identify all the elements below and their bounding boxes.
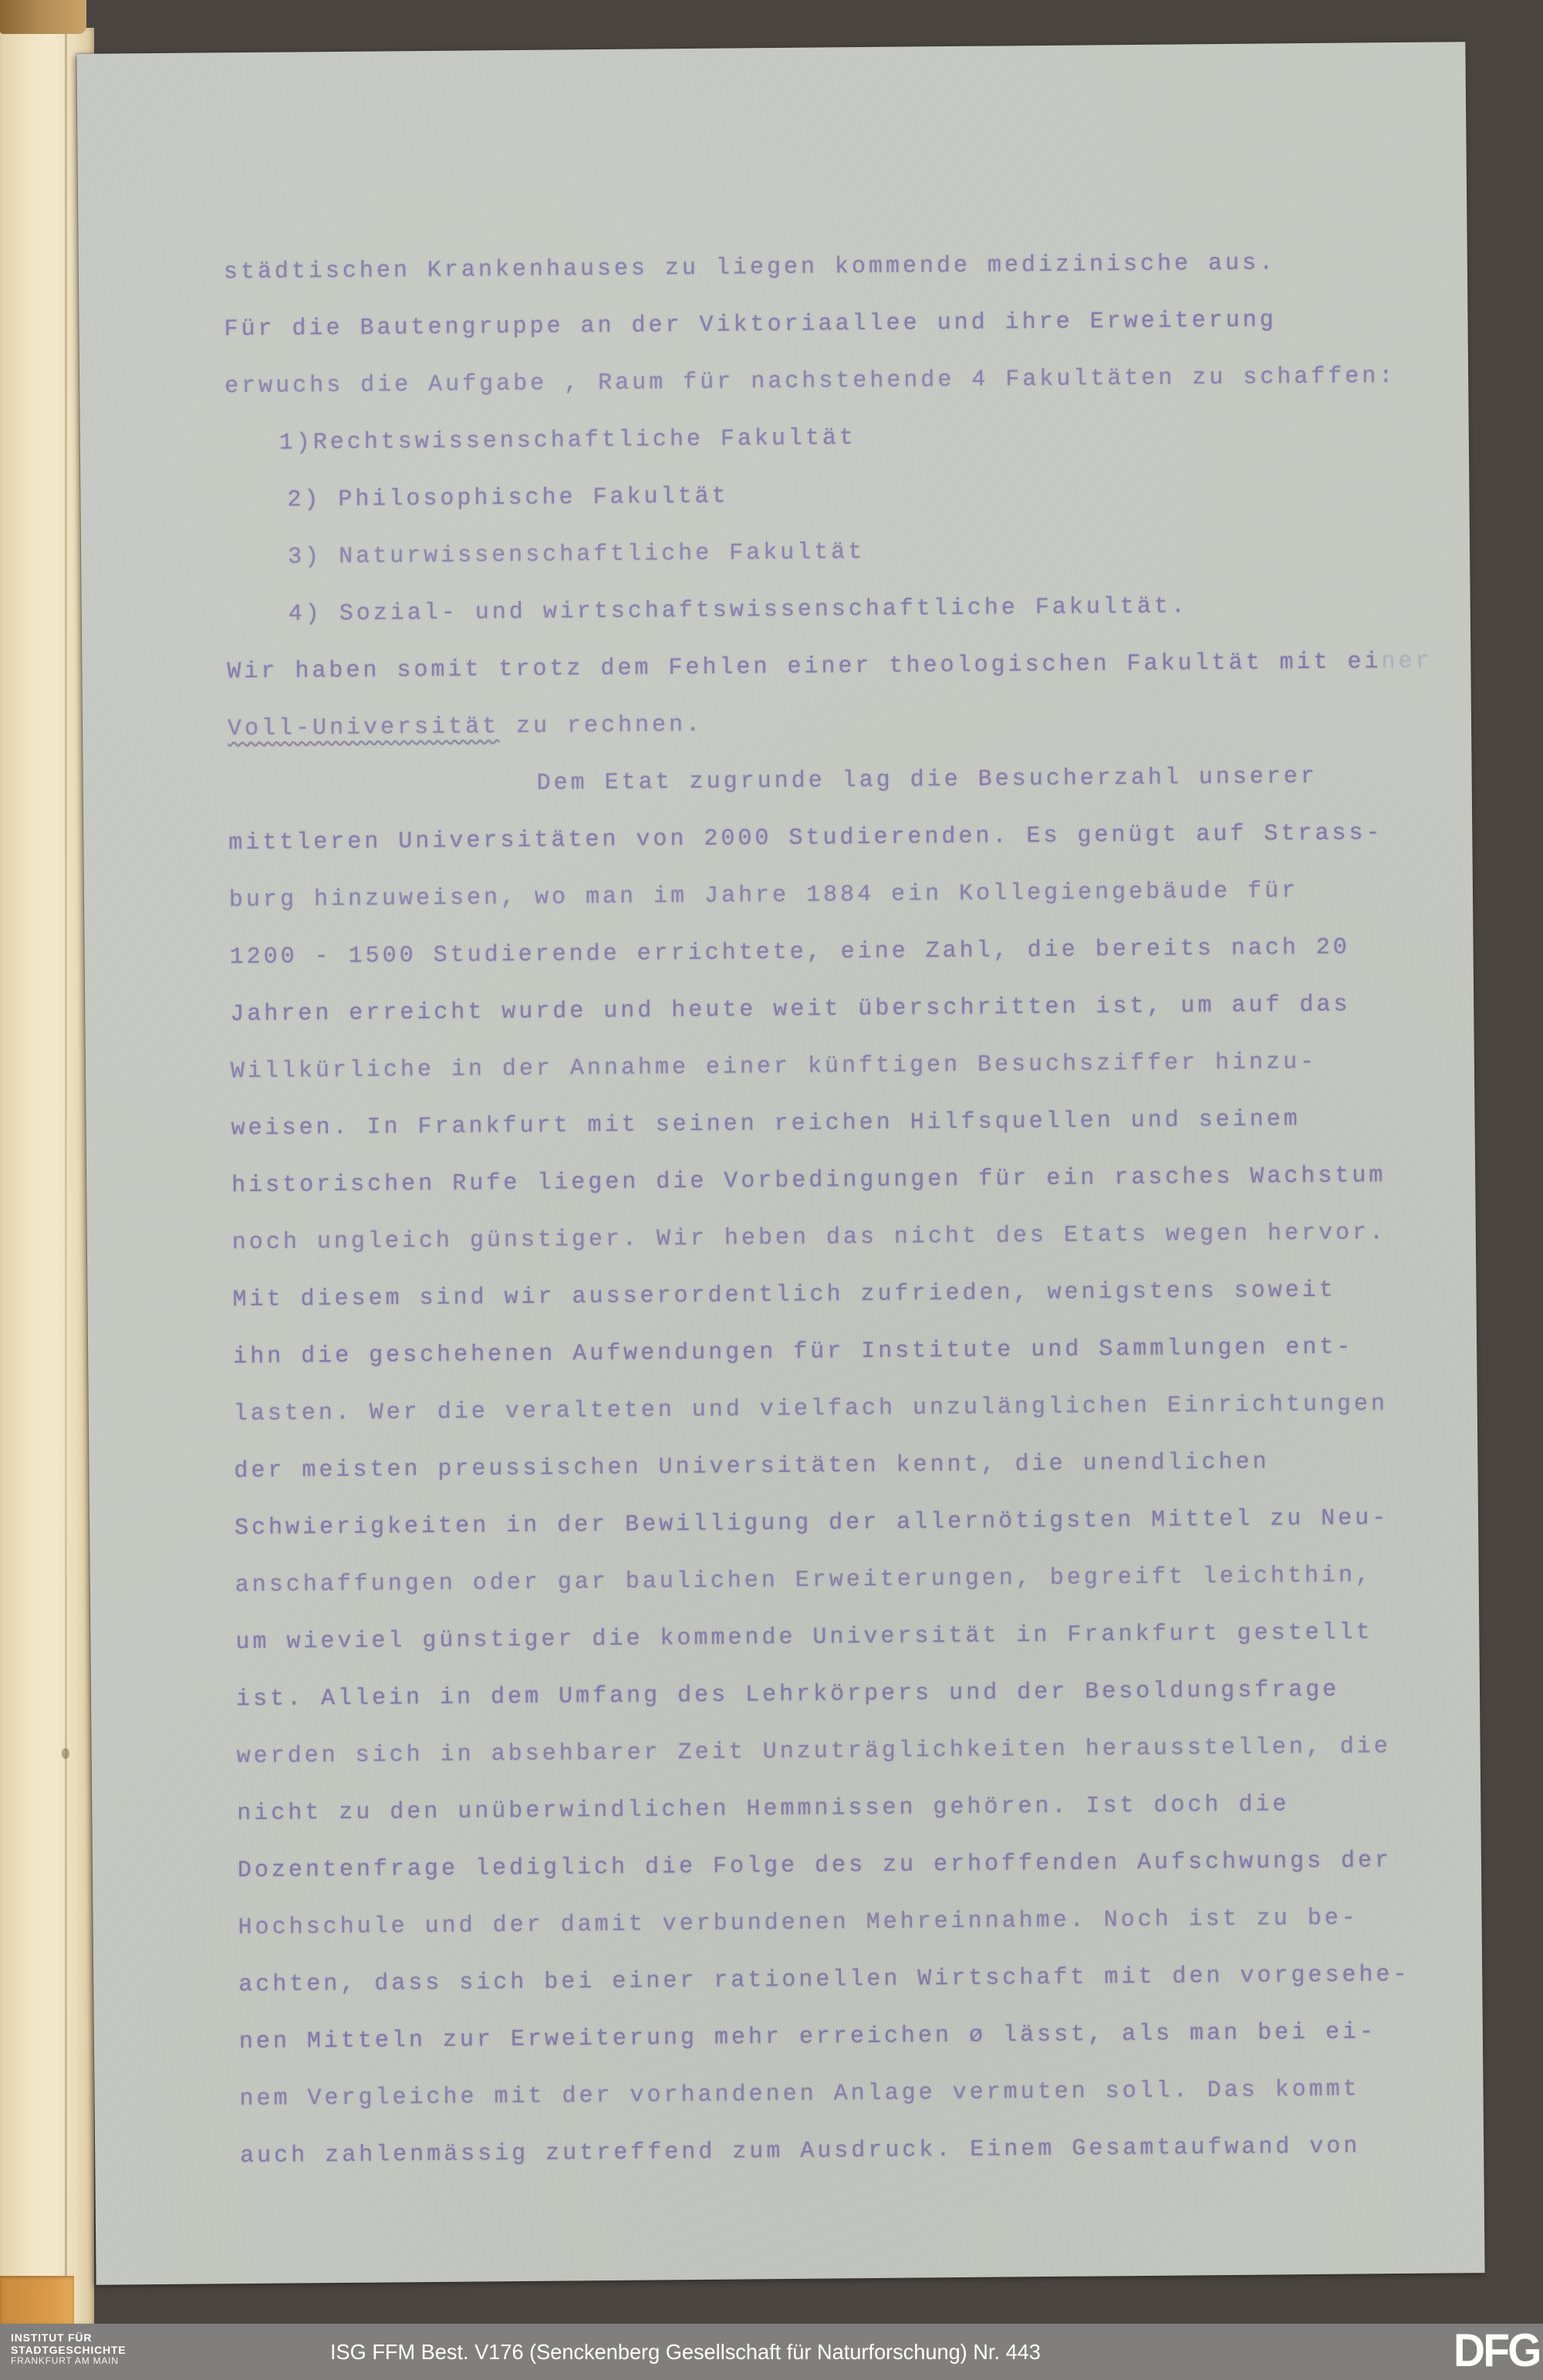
- text-line: Für die Bautengruppe an der Viktoriaalle…: [224, 290, 1468, 358]
- text-line: erwuchs die Aufgabe , Raum für nachstehe…: [225, 347, 1469, 415]
- text-line: Hochschule und der damit verbundenen Meh…: [238, 1889, 1482, 1956]
- text-line: 2) Philosophische Fakultät: [287, 461, 1470, 528]
- text-line: mittleren Universitäten von 2000 Studier…: [228, 804, 1473, 872]
- text-line: städtischen Krankenhauses zu liegen komm…: [224, 233, 1468, 301]
- text-line: nicht zu den unüberwindlichen Hemmnissen…: [237, 1774, 1481, 1842]
- text-line: auch zahlenmässig zutreffend zum Ausdruc…: [240, 2117, 1484, 2185]
- binding-leather-tab: [0, 0, 86, 34]
- text-line: werden sich in absehbarer Zeit Unzuträgl…: [236, 1717, 1481, 1785]
- institute-logo-line2: STADTGESCHICHTE: [11, 2345, 126, 2357]
- text-line: Dem Etat zugrunde lag die Besucherzahl u…: [536, 747, 1472, 812]
- text-line: achten, dass sich bei einer rationellen …: [238, 1946, 1483, 2014]
- text-line: Mit diesem sind wir ausserordentlich zuf…: [232, 1261, 1477, 1328]
- text-line: 1200 - 1500 Studierende errichtete, eine…: [229, 918, 1474, 986]
- page-fold-crease: [65, 28, 67, 2325]
- text-line: ist. Allein in dem Umfang des Lehrkörper…: [236, 1660, 1481, 1728]
- text-line: Schwierigkeiten in der Bewilligung der a…: [235, 1489, 1479, 1557]
- institute-logo-line3: FRANKFURT AM MAIN: [11, 2356, 126, 2366]
- text-line: 1)Rechtswissenschaftliche Fakultät: [279, 404, 1470, 471]
- text-line: anschaffungen oder gar baulichen Erweite…: [235, 1546, 1479, 1614]
- text-line: um wieviel günstiger die kommende Univer…: [235, 1603, 1480, 1671]
- archive-reference: ISG FFM Best. V176 (Senckenberg Gesellsc…: [330, 2324, 1041, 2380]
- text-line: ihn die geschehenen Aufwendungen für Ins…: [233, 1318, 1477, 1386]
- text-line: historischen Rufe liegen die Vorbedingun…: [231, 1146, 1476, 1214]
- document-page: städtischen Krankenhauses zu liegen komm…: [76, 42, 1484, 2285]
- binding-hole: [62, 1748, 69, 1759]
- text-line: 4) Sozial- und wirtschaftswissenschaftli…: [288, 576, 1470, 643]
- archive-footer-bar: INSTITUT FÜR STADTGESCHICHTE FRANKFURT A…: [0, 2324, 1543, 2380]
- text-line: Dozentenfrage lediglich die Folge des zu…: [238, 1831, 1482, 1899]
- typewritten-text: städtischen Krankenhauses zu liegen komm…: [76, 42, 1484, 2285]
- scanned-document-view: städtischen Krankenhauses zu liegen komm…: [0, 0, 1543, 2380]
- text-line: nem Vergleiche mit der vorhandenen Anlag…: [239, 2060, 1484, 2128]
- text-line: Wir haben somit trotz dem Fehlen einer t…: [227, 633, 1471, 700]
- text-line: noch ungleich günstiger. Wir heben das n…: [232, 1204, 1477, 1271]
- institute-logo-line1: INSTITUT FÜR: [11, 2332, 126, 2345]
- dfg-logo: DFG: [1454, 2324, 1540, 2380]
- text-line: lasten. Wer die veralteten und vielfach …: [233, 1375, 1477, 1443]
- text-line: 3) Naturwissenschaftliche Fakultät: [288, 518, 1470, 586]
- text-line: Jahren erreicht wurde und heute weit übe…: [230, 975, 1474, 1043]
- institute-logo: INSTITUT FÜR STADTGESCHICHTE FRANKFURT A…: [11, 2332, 126, 2367]
- text-line: burg hinzuweisen, wo man im Jahre 1884 e…: [229, 861, 1474, 929]
- text-line: nen Mitteln zur Erweiterung mehr erreich…: [239, 2003, 1484, 2071]
- text-line: Willkürliche in der Annahme einer künfti…: [231, 1032, 1475, 1100]
- text-line: weisen. In Frankfurt mit seinen reichen …: [231, 1089, 1475, 1157]
- book-cover-corner: [0, 2276, 74, 2324]
- text-line: Voll-Universität zu rechnen.: [228, 690, 1472, 758]
- text-line: der meisten preussischen Universitäten k…: [234, 1432, 1478, 1500]
